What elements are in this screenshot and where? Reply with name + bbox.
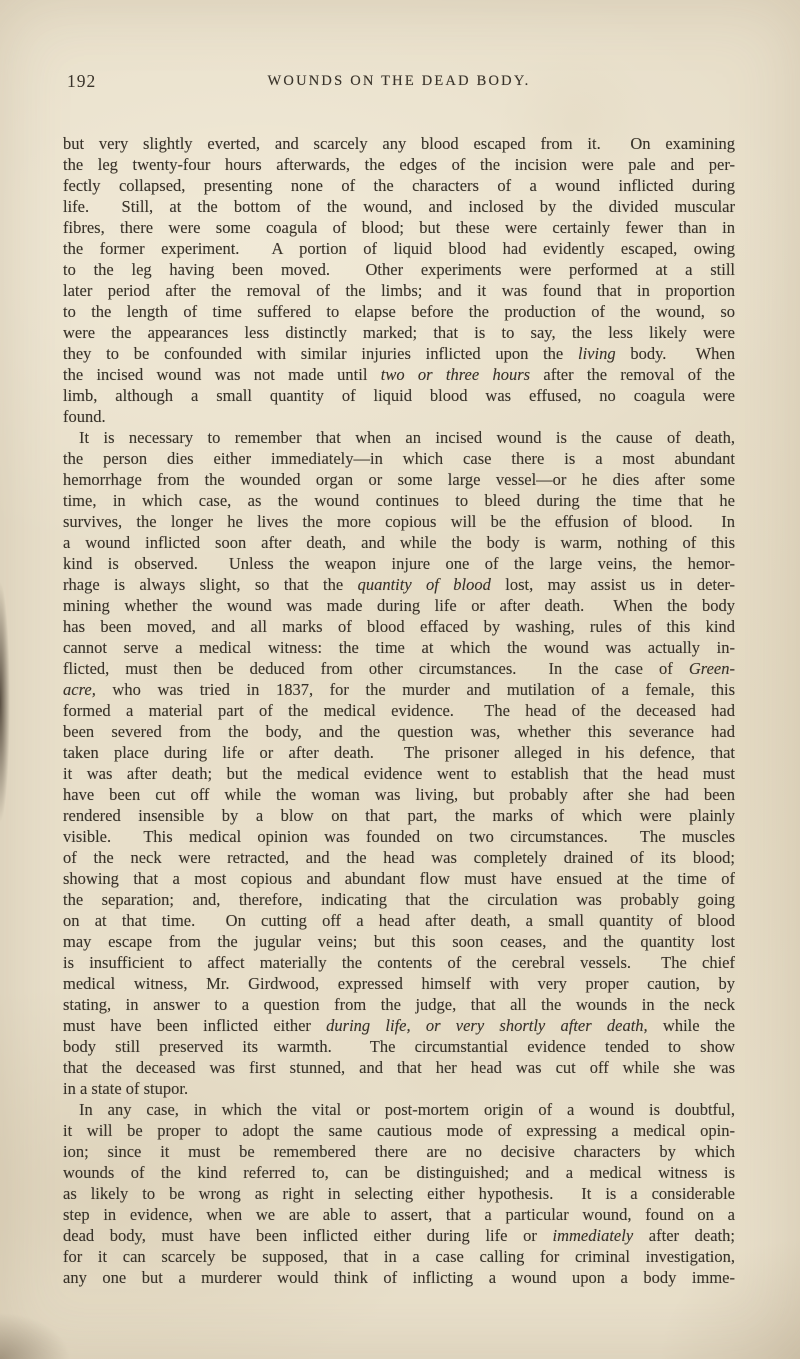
- text-line: showing that a most copious and abundant…: [63, 868, 735, 889]
- body-text: It is necessary to remember that when an…: [79, 428, 735, 447]
- text-line: the separation; and, therefore, indicati…: [63, 889, 735, 910]
- body-text: fectly collapsed, presenting none of the…: [63, 176, 735, 195]
- body-text: showing that a most copious and abundant…: [63, 869, 735, 888]
- text-line: were the appearances less distinctly mar…: [63, 322, 735, 343]
- text-line: found.: [63, 406, 735, 427]
- body-text: formed a material part of the medical ev…: [63, 701, 735, 720]
- page-corner-shadow-bottom-left: [0, 1313, 70, 1359]
- text-line: In any case, in which the vital or post-…: [63, 1099, 735, 1120]
- body-text: after the removal of the: [530, 365, 735, 384]
- body-text: stating, in answer to a question from th…: [63, 995, 735, 1014]
- italic-text: quantity of blood: [358, 575, 491, 594]
- text-line: limb, although a small quantity of liqui…: [63, 385, 735, 406]
- body-text: lost, may assist us in deter-: [491, 575, 735, 594]
- italic-text: immediately: [553, 1226, 634, 1245]
- body-text: of the neck were retracted, and the head…: [63, 848, 735, 867]
- body-text: on at that time. On cutting off a head a…: [63, 911, 735, 930]
- text-line: to the length of time suffered to elapse…: [63, 301, 735, 322]
- italic-text: two or three hours: [381, 365, 530, 384]
- italic-text: acre,: [63, 680, 96, 699]
- body-text: but very slightly everted, and scarcely …: [63, 134, 735, 153]
- body-text: body still preserved its warmth. The cir…: [63, 1037, 735, 1056]
- body-text: visible. This medical opinion was founde…: [63, 827, 735, 846]
- text-line: the person dies either immediately—in wh…: [63, 448, 735, 469]
- text-line: life. Still, at the bottom of the wound,…: [63, 196, 735, 217]
- text-line: has been moved, and all marks of blood e…: [63, 616, 735, 637]
- text-line: have been cut off while the woman was li…: [63, 784, 735, 805]
- italic-text: Green-: [689, 659, 735, 678]
- body-text: the incised wound was not made until: [63, 365, 381, 384]
- text-line: to the leg having been moved. Other expe…: [63, 259, 735, 280]
- text-line: they to be confounded with similar injur…: [63, 343, 735, 364]
- body-text: rhage is always slight, so that the: [63, 575, 358, 594]
- text-line: as likely to be wrong as right in select…: [63, 1183, 735, 1204]
- text-line: mining whether the wound was made during…: [63, 595, 735, 616]
- italic-text: during life, or very shortly after death…: [326, 1016, 648, 1035]
- text-line: stating, in answer to a question from th…: [63, 994, 735, 1015]
- text-line: is insufficient to affect materially the…: [63, 952, 735, 973]
- body-text: wounds of the kind referred to, can be d…: [63, 1163, 735, 1182]
- text-line: the leg twenty-four hours afterwards, th…: [63, 154, 735, 175]
- body-text: life. Still, at the bottom of the wound,…: [63, 197, 735, 216]
- text-line: step in evidence, when we are able to as…: [63, 1204, 735, 1225]
- body-text: cannot serve a medical witness: the time…: [63, 638, 735, 657]
- text-line: for it can scarcely be supposed, that in…: [63, 1246, 735, 1267]
- text-line: ion; since it must be remembered there a…: [63, 1141, 735, 1162]
- text-line: formed a material part of the medical ev…: [63, 700, 735, 721]
- body-text: it will be proper to adopt the same caut…: [63, 1121, 735, 1140]
- body-text: that the deceased was first stunned, and…: [63, 1058, 735, 1077]
- text-line: cannot serve a medical witness: the time…: [63, 637, 735, 658]
- text-line: fibres, there were some coagula of blood…: [63, 217, 735, 238]
- body-text: as likely to be wrong as right in select…: [63, 1184, 735, 1203]
- body-text: for it can scarcely be supposed, that in…: [63, 1247, 735, 1266]
- text-line: on at that time. On cutting off a head a…: [63, 910, 735, 931]
- body-text: kind is observed. Unless the weapon inju…: [63, 554, 735, 573]
- text-line: survives, the longer he lives the more c…: [63, 511, 735, 532]
- text-line: fectly collapsed, presenting none of the…: [63, 175, 735, 196]
- body-text: to the leg having been moved. Other expe…: [63, 260, 735, 279]
- body-text: medical witness, Mr. Girdwood, expressed…: [63, 974, 735, 993]
- body-text: to the length of time suffered to elapse…: [63, 302, 735, 321]
- body-text: survives, the longer he lives the more c…: [63, 512, 735, 531]
- body-text: must have been inflicted either: [63, 1016, 326, 1035]
- paragraph: It is necessary to remember that when an…: [63, 427, 735, 1099]
- body-text: any one but a murderer would think of in…: [63, 1268, 735, 1287]
- body-text: ion; since it must be remembered there a…: [63, 1142, 735, 1161]
- body-text: body. When: [616, 344, 735, 363]
- body-text: has been moved, and all marks of blood e…: [63, 617, 735, 636]
- text-line: later period after the removal of the li…: [63, 280, 735, 301]
- text-line: dead body, must have been inflicted eith…: [63, 1225, 735, 1246]
- body-text: it was after death; but the medical evid…: [63, 764, 735, 783]
- body-text: taken place during life or after death. …: [63, 743, 735, 762]
- text-line: been severed from the body, and the ques…: [63, 721, 735, 742]
- body-text: may escape from the jugular veins; but t…: [63, 932, 735, 951]
- body-text: the leg twenty-four hours afterwards, th…: [63, 155, 735, 174]
- body-text: the separation; and, therefore, indicati…: [63, 890, 735, 909]
- text-line: medical witness, Mr. Girdwood, expressed…: [63, 973, 735, 994]
- body-text: hemorrhage from the wounded organ or som…: [63, 470, 735, 489]
- italic-text: living: [578, 344, 616, 363]
- text-line: the incised wound was not made until two…: [63, 364, 735, 385]
- text-line: wounds of the kind referred to, can be d…: [63, 1162, 735, 1183]
- body-text: in a state of stupor.: [63, 1079, 188, 1098]
- text-line: It is necessary to remember that when an…: [63, 427, 735, 448]
- body-text: In any case, in which the vital or post-…: [79, 1100, 735, 1119]
- text-line: body still preserved its warmth. The cir…: [63, 1036, 735, 1057]
- text-line: rhage is always slight, so that the quan…: [63, 574, 735, 595]
- text-block: but very slightly everted, and scarcely …: [63, 133, 735, 1288]
- text-line: in a state of stupor.: [63, 1078, 735, 1099]
- body-text: who was tried in 1837, for the murder an…: [96, 680, 735, 699]
- text-line: taken place during life or after death. …: [63, 742, 735, 763]
- text-line: of the neck were retracted, and the head…: [63, 847, 735, 868]
- text-line: acre, who was tried in 1837, for the mur…: [63, 679, 735, 700]
- text-line: it was after death; but the medical evid…: [63, 763, 735, 784]
- text-line: must have been inflicted either during l…: [63, 1015, 735, 1036]
- running-header: WOUNDS ON THE DEAD BODY.: [63, 73, 735, 90]
- body-text: they to be confounded with similar injur…: [63, 344, 578, 363]
- body-text: the former experiment. A portion of liqu…: [63, 239, 735, 258]
- body-text: were the appearances less distinctly mar…: [63, 323, 735, 342]
- text-line: hemorrhage from the wounded organ or som…: [63, 469, 735, 490]
- text-line: visible. This medical opinion was founde…: [63, 826, 735, 847]
- body-text: rendered insensible by a blow on that pa…: [63, 806, 735, 825]
- text-line: flicted, must then be deduced from other…: [63, 658, 735, 679]
- body-text: is insufficient to affect materially the…: [63, 953, 735, 972]
- page-header: 192 WOUNDS ON THE DEAD BODY.: [63, 71, 735, 95]
- paragraph: In any case, in which the vital or post-…: [63, 1099, 735, 1288]
- body-text: after death;: [633, 1226, 735, 1245]
- body-text: later period after the removal of the li…: [63, 281, 735, 300]
- body-text: flicted, must then be deduced from other…: [63, 659, 689, 678]
- text-line: time, in which case, as the wound contin…: [63, 490, 735, 511]
- body-text: been severed from the body, and the ques…: [63, 722, 735, 741]
- text-line: the former experiment. A portion of liqu…: [63, 238, 735, 259]
- text-line: that the deceased was first stunned, and…: [63, 1057, 735, 1078]
- text-line: rendered insensible by a blow on that pa…: [63, 805, 735, 826]
- body-text: found.: [63, 407, 106, 426]
- page-edge-shadow-left: [0, 582, 10, 822]
- text-line: may escape from the jugular veins; but t…: [63, 931, 735, 952]
- body-text: limb, although a small quantity of liqui…: [63, 386, 735, 405]
- text-line: kind is observed. Unless the weapon inju…: [63, 553, 735, 574]
- text-line: it will be proper to adopt the same caut…: [63, 1120, 735, 1141]
- body-text: mining whether the wound was made during…: [63, 596, 735, 615]
- body-text: a wound inflicted soon after death, and …: [63, 533, 735, 552]
- body-text: fibres, there were some coagula of blood…: [63, 218, 735, 237]
- text-line: but very slightly everted, and scarcely …: [63, 133, 735, 154]
- body-text: step in evidence, when we are able to as…: [63, 1205, 735, 1224]
- text-line: a wound inflicted soon after death, and …: [63, 532, 735, 553]
- body-text: time, in which case, as the wound contin…: [63, 491, 735, 510]
- body-text: the person dies either immediately—in wh…: [63, 449, 735, 468]
- body-text: dead body, must have been inflicted eith…: [63, 1226, 553, 1245]
- body-text: have been cut off while the woman was li…: [63, 785, 735, 804]
- body-text: while the: [648, 1016, 735, 1035]
- paragraph: but very slightly everted, and scarcely …: [63, 133, 735, 427]
- book-page-scan: 192 WOUNDS ON THE DEAD BODY. but very sl…: [0, 0, 800, 1359]
- text-line: any one but a murderer would think of in…: [63, 1267, 735, 1288]
